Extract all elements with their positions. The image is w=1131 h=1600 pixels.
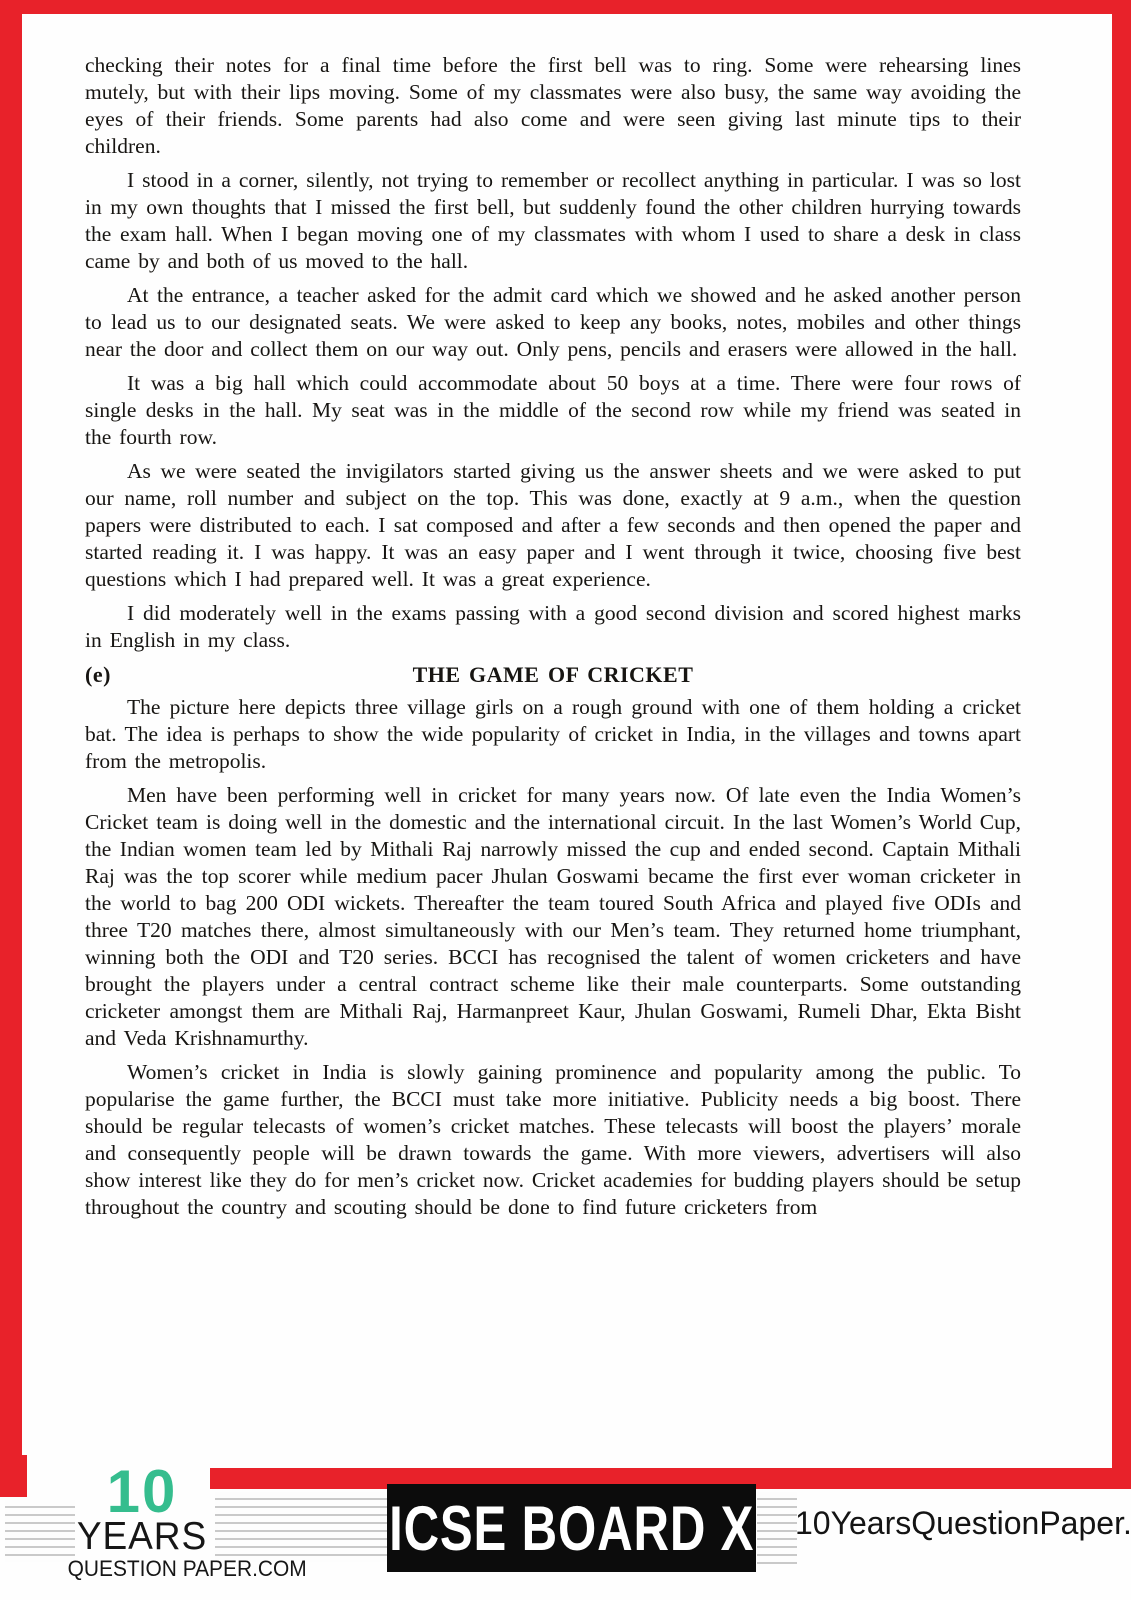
paragraph: At the entrance, a teacher asked for the…	[85, 282, 1021, 363]
board-banner: ICSE BOARD X	[387, 1484, 756, 1572]
scanned-document-page: checking their notes for a final time be…	[0, 0, 1131, 1600]
logo-domain-text: QUESTION PAPER.COM	[68, 1556, 217, 1582]
section-title: THE GAME OF CRICKET	[413, 662, 694, 687]
site-logo: 10 YEARS QUESTION PAPER.COM	[62, 1466, 222, 1582]
section-heading: (e)THE GAME OF CRICKET	[85, 661, 1021, 688]
page-border-left-bump	[0, 1455, 27, 1497]
paragraph: checking their notes for a final time be…	[85, 52, 1021, 160]
paragraph: As we were seated the invigilators start…	[85, 458, 1021, 593]
logo-number: 10	[62, 1466, 222, 1518]
board-banner-text: ICSE BOARD X	[389, 1492, 754, 1564]
page-border-left	[0, 0, 22, 1497]
footer-pinstripes-middle	[215, 1492, 387, 1562]
paragraph: I did moderately well in the exams passi…	[85, 600, 1021, 654]
section-label: (e)	[85, 661, 111, 688]
paragraph: Men have been performing well in cricket…	[85, 782, 1021, 1052]
paragraph: I stood in a corner, silently, not tryin…	[85, 167, 1021, 275]
website-text: 10YearsQuestionPaper.com	[795, 1505, 1125, 1542]
logo-years-text: YEARS	[66, 1518, 218, 1556]
article-body: checking their notes for a final time be…	[85, 52, 1021, 1228]
paragraph: The picture here depicts three village g…	[85, 694, 1021, 775]
page-border-top	[0, 0, 1131, 14]
footer-pinstripes-right	[757, 1492, 797, 1564]
paragraph: Women’s cricket in India is slowly gaini…	[85, 1059, 1021, 1221]
page-border-right	[1112, 0, 1131, 1489]
paragraph: It was a big hall which could accommodat…	[85, 370, 1021, 451]
